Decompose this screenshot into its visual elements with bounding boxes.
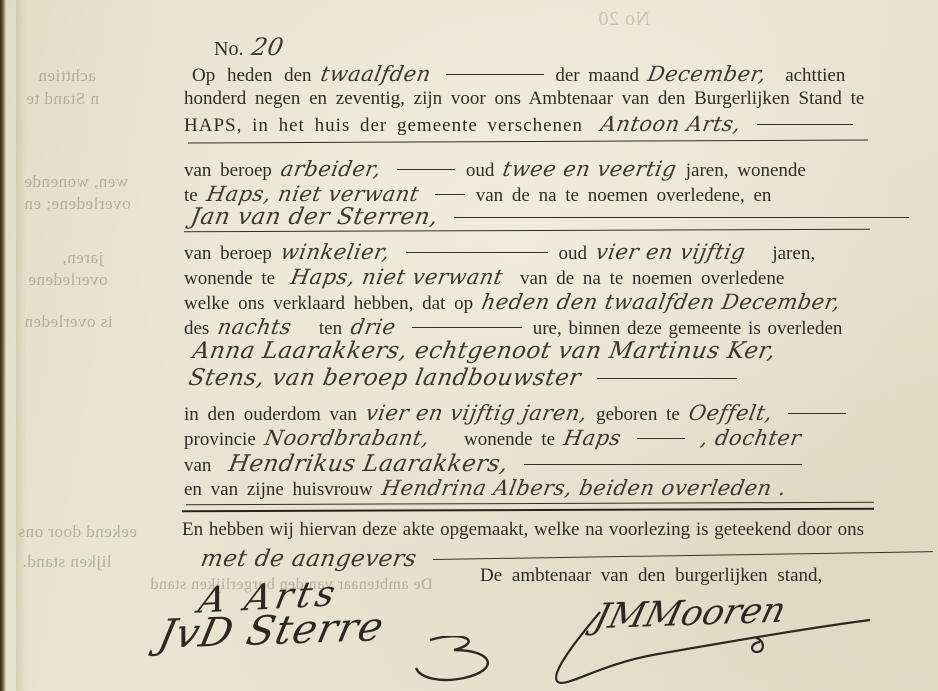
bleedthrough-text: wen, wonende [24, 172, 128, 192]
handwritten-month: December, [646, 62, 768, 86]
line-declarant1-occupation-age: van beroep arbeider, oud twee en veertig… [184, 157, 806, 182]
printed-text: HAPS, in het huis der gemeente verschene… [184, 115, 583, 136]
blank-filler-dash [406, 252, 548, 253]
handwritten-occupation: winkelier, [279, 240, 392, 264]
printed-text: van de na te noemen overledene [520, 268, 784, 289]
printed-text: jaren, [772, 243, 815, 264]
bleedthrough-text: overledene [28, 270, 108, 290]
printed-text: geboren te [596, 404, 680, 425]
printed-text: achttien [785, 65, 845, 86]
handwritten-father-name: Hendrikus Laarakkers, [227, 451, 511, 477]
act-number-value: 20 [250, 33, 286, 61]
line-declarant2-occupation-age: van beroep winkelier, oud vier en vijfti… [184, 240, 815, 265]
signature-declarant2: JvD Sterre [154, 604, 388, 658]
bleedthrough-text: achttien [38, 66, 96, 86]
printed-text: provincie [184, 429, 256, 450]
blank-filler-dash [757, 124, 853, 125]
handwritten-decedent-name: Anna Laarakkers, echtgenoot van Martinus… [191, 338, 778, 364]
printed-text: ure, binnen deze gemeente is overleden [533, 318, 843, 339]
handwritten-mother-name: Hendrina Albers, beiden overleden . [380, 476, 788, 500]
printed-text: des [184, 318, 209, 339]
printed-text: van beroep [184, 160, 272, 181]
act-number-label: No. [214, 38, 243, 60]
handwritten-death-date: heden den twaalfden December, [480, 290, 842, 314]
printed-text: oud [559, 243, 588, 264]
blank-filler-dash [412, 327, 522, 328]
line-official-caption: De ambtenaar van den burgerlijken stand, [480, 565, 822, 587]
handwritten-declarant1-name: Antoon Arts, [599, 112, 743, 136]
bleedthrough-text: overledene; en [24, 194, 131, 214]
handwritten-hour: drie [349, 315, 398, 339]
handwritten-with-declarants: met de aangevers [199, 546, 419, 572]
signature-official-flourish [548, 598, 878, 688]
handwritten-birthplace: Oeffelt, [687, 401, 775, 425]
blank-filler-dash [637, 438, 685, 439]
bleedthrough-text: is overleden [24, 312, 113, 332]
blank-filler-dash [524, 464, 802, 465]
printed-text: Op heden den [192, 65, 312, 86]
printed-text: van de na te noemen overledene, en [476, 185, 772, 206]
page-edge-shadow [0, 0, 6, 691]
line-decedent-occupation: Stens, van beroep landbouwster [184, 365, 744, 391]
signature-declarant2-flourish [372, 636, 532, 688]
handwritten-residence: Haps [562, 426, 623, 450]
line-mother-name: en van zijne huisvrouw Hendrina Albers, … [184, 476, 791, 501]
blank-filler-dash [435, 194, 465, 195]
page-edge-soft-shadow [16, 0, 26, 691]
bleedthrough-text: n Stand te [26, 89, 99, 109]
handwritten-decedent-age: vier en vijftig jaren, [364, 401, 589, 425]
handwritten-residence: Haps, niet verwant [205, 182, 421, 206]
handwritten-province: Noordbrabant, [263, 426, 431, 450]
line-date-opening: Op heden den twaalfden der maand Decembe… [192, 62, 845, 87]
blank-filler-dash [433, 551, 933, 560]
blank-filler-dash [454, 217, 909, 218]
handwritten-relation: , dochter [699, 426, 803, 450]
printed-text: honderd negen en zeventig, zijn voor ons… [184, 88, 864, 109]
line-province-residence: provincie Noordbrabant, wonende te Haps … [184, 426, 806, 451]
line-death-time: des nachts ten drie ure, binnen deze gem… [184, 315, 842, 340]
bleedthrough-text: No 20 [598, 8, 650, 31]
printed-text: der maand [555, 65, 639, 86]
blank-filler-dash [397, 169, 455, 170]
handwritten-decedent-occupation: Stens, van beroep landbouwster [187, 365, 583, 391]
line-declaration-date: welke ons verklaard hebben, dat op heden… [184, 290, 845, 315]
handwritten-occupation: arbeider, [279, 157, 383, 181]
section-divider-rule [188, 140, 868, 144]
line-father-name: van Hendrikus Laarakkers, [184, 451, 809, 477]
printed-text: ten [319, 318, 342, 339]
printed-text: van [184, 455, 211, 476]
printed-text: De ambtenaar van den burgerlijken stand, [480, 565, 822, 586]
bleedthrough-text: jaren, [62, 248, 103, 268]
printed-text: welke ons verklaard hebben, dat op [184, 293, 473, 314]
printed-text: En hebben wij hiervan deze akte opgemaak… [182, 519, 864, 540]
line-decedent-name: Anna Laarakkers, echtgenoot van Martinus… [188, 338, 780, 364]
closing-divider-thick-rule [182, 508, 874, 512]
printed-text: oud [466, 160, 495, 181]
blank-filler-dash [788, 413, 846, 414]
bleedthrough-text: lijken stand. [22, 552, 112, 572]
bleedthrough-text: eekend door ons [18, 522, 137, 542]
handwritten-age: twee en veertig [501, 157, 679, 181]
printed-text: jaren, wonende [686, 160, 806, 181]
closing-divider-thin-rule [186, 502, 874, 505]
handwritten-age: vier en vijftig [594, 240, 748, 264]
printed-text: en van zijne huisvrouw [184, 479, 373, 500]
act-number: No. 20 [214, 33, 289, 61]
line-closing-statement: En hebben wij hiervan deze akte opgemaak… [182, 519, 864, 541]
handwritten-declarant2-name: Jan van der Sterren, [189, 204, 440, 230]
handwritten-day: twaalfden [318, 62, 432, 86]
blank-filler-dash [446, 74, 544, 75]
printed-text: wonende te [184, 268, 275, 289]
printed-text: te [184, 185, 198, 206]
line-declarant2-residence: wonende te Haps, niet verwant van de na … [184, 265, 784, 290]
line-year-official: honderd negen en zeventig, zijn voor ons… [184, 88, 864, 110]
printed-text: van beroep [184, 243, 272, 264]
blank-filler-dash [597, 378, 737, 379]
line-decedent-age-birthplace: in den ouderdom van vier en vijftig jare… [184, 401, 853, 426]
printed-text: in den ouderdom van [184, 404, 357, 425]
line-declarant2-name: Jan van der Sterren, [186, 204, 916, 230]
line-municipality-appeared: HAPS, in het huis der gemeente verschene… [184, 112, 860, 137]
handwritten-time-of-day: nachts [216, 315, 294, 339]
handwritten-residence: Haps, niet verwant [289, 265, 505, 289]
scanned-death-certificate: achttien n Stand te wen, wonende overled… [0, 0, 938, 691]
printed-text: wonende te [464, 429, 555, 450]
